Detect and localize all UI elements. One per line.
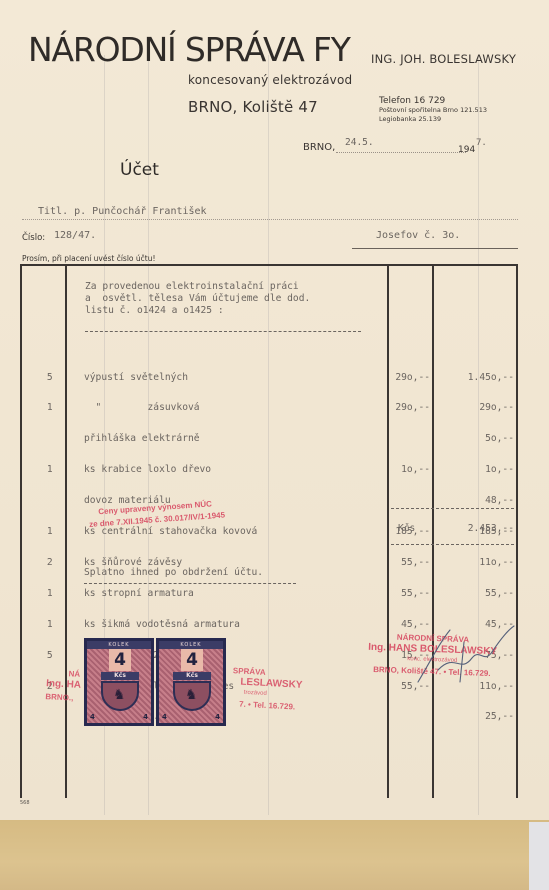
item-qty: 1: [44, 589, 56, 599]
year-prefix: 194: [458, 145, 475, 155]
item-qty: 1: [44, 403, 56, 413]
revenue-stamp-value: 4: [109, 649, 131, 671]
coat-of-arms-icon: ♞: [173, 681, 211, 711]
item-unit-price: [386, 434, 430, 444]
item-unit-price: 29o,--: [386, 373, 430, 383]
item-total: 1.45o,--: [446, 373, 514, 383]
revenue-stamps: KOLEK 4 Kčs ♞ 4 4 KOLEK 4 Kčs ♞ 4 4: [84, 638, 226, 726]
table-border-left: [20, 264, 22, 798]
item-qty: [44, 496, 56, 506]
payment-terms-underline: [84, 583, 296, 584]
item-description: " zásuvková: [84, 403, 257, 413]
company-contact: Telefon 16 729 Poštovní spořitelna Brno …: [379, 96, 487, 124]
invoice-intro: Za provedenou elektroinstalační práci a …: [85, 281, 310, 317]
item-unit-price: 29o,--: [386, 403, 430, 413]
revenue-stamp-header: KOLEK: [159, 641, 223, 649]
item-qty: 2: [44, 558, 56, 568]
item-total: 5o,--: [446, 434, 514, 444]
backing-strip: [529, 822, 549, 890]
company-address: BRNO, Kolištĕ 47: [188, 98, 318, 116]
item-qty: 5: [44, 651, 56, 661]
revenue-stamp-value: 4: [181, 649, 203, 671]
item-total: 11o,--: [446, 558, 514, 568]
company-stamp-left-right-part: SPRÁVA LESLAWSKY trozávod 7. • Tel. 16.7…: [231, 665, 303, 713]
recipient-address-line: [352, 248, 518, 249]
item-total: 25,--: [446, 712, 514, 722]
item-qty: [44, 434, 56, 444]
items-qty-column: 5 1 1 1 2 1 1 5 2: [44, 352, 56, 702]
telephone: Telefon 16 729: [379, 96, 487, 106]
lion-icon: ♞: [113, 687, 126, 703]
currency-label: Kčs: [398, 523, 415, 534]
date-place: BRNO,: [303, 142, 335, 153]
recipient-address: Josefov č. 3o.: [376, 230, 460, 241]
item-qty: 5: [44, 373, 56, 383]
item-description: ks krabice loxlo dřevo: [84, 465, 257, 475]
revenue-stamp-header: KOLEK: [87, 641, 151, 649]
signature: [400, 622, 520, 692]
date-dotted-line: [336, 152, 466, 153]
recipient-name: Titl. p. Punčochář František: [38, 206, 207, 217]
item-total: 55,--: [446, 589, 514, 599]
item-qty: 1: [44, 620, 56, 630]
total-separator: [391, 544, 514, 545]
revenue-stamp: KOLEK 4 Kčs ♞ 4 4: [156, 638, 226, 726]
invoice-number-label: Číslo:: [22, 233, 45, 243]
year-suffix: 7.: [476, 138, 487, 148]
item-description: ks stropní armatura: [84, 589, 257, 599]
form-code: 568: [20, 800, 30, 806]
intro-separator: [85, 331, 361, 332]
subtotal-separator: [391, 508, 514, 509]
table-border-right: [516, 264, 518, 798]
item-total: 29o,--: [446, 403, 514, 413]
table-column-divider-price: [432, 264, 434, 798]
company-stamp-left: NÁ Ing. HA BRNO.,: [45, 667, 82, 704]
payment-terms: Splatno ihned po obdržení účtu.: [84, 567, 263, 578]
item-total: 1o,--: [446, 465, 514, 475]
document-type: Účet: [120, 160, 159, 180]
company-title: NÁRODNÍ SPRÁVA FY: [28, 30, 350, 69]
backing-board: [0, 820, 549, 890]
item-qty: 1: [44, 527, 56, 537]
revenue-stamp: KOLEK 4 Kčs ♞ 4 4: [84, 638, 154, 726]
item-description: přihláška elektrárně: [84, 434, 257, 444]
coat-of-arms-icon: ♞: [101, 681, 139, 711]
postal-savings: Poštovní spořitelna Brno 121.513: [379, 106, 487, 115]
revenue-stamp-unit: Kčs: [101, 672, 139, 680]
item-unit-price: 55,--: [386, 589, 430, 599]
company-owner: ING. JOH. BOLESLAWSKY: [371, 52, 516, 66]
bank: Legiobanka 25.139: [379, 115, 487, 124]
item-unit-price: 1o,--: [386, 465, 430, 475]
date-value: 24.5.: [345, 137, 374, 148]
table-column-divider-qty: [65, 264, 67, 798]
recipient-dotted-line: [22, 219, 518, 220]
invoice-number: 128/47.: [54, 230, 96, 241]
item-description: ks šikmá vodotěsná armatura: [84, 620, 257, 630]
item-total: 48,--: [446, 496, 514, 506]
company-subtitle: koncesovaný elektrozávod: [188, 73, 352, 87]
item-unit-price: [386, 496, 430, 506]
grand-total: 2.453,--: [446, 523, 514, 534]
item-unit-price: 55,--: [386, 558, 430, 568]
lion-icon: ♞: [185, 687, 198, 703]
payment-notice: Prosím, při placení uvést číslo účtu!: [22, 254, 155, 263]
revenue-stamp-unit: Kčs: [173, 672, 211, 680]
item-description: výpustí světelných: [84, 373, 257, 383]
item-qty: 1: [44, 465, 56, 475]
